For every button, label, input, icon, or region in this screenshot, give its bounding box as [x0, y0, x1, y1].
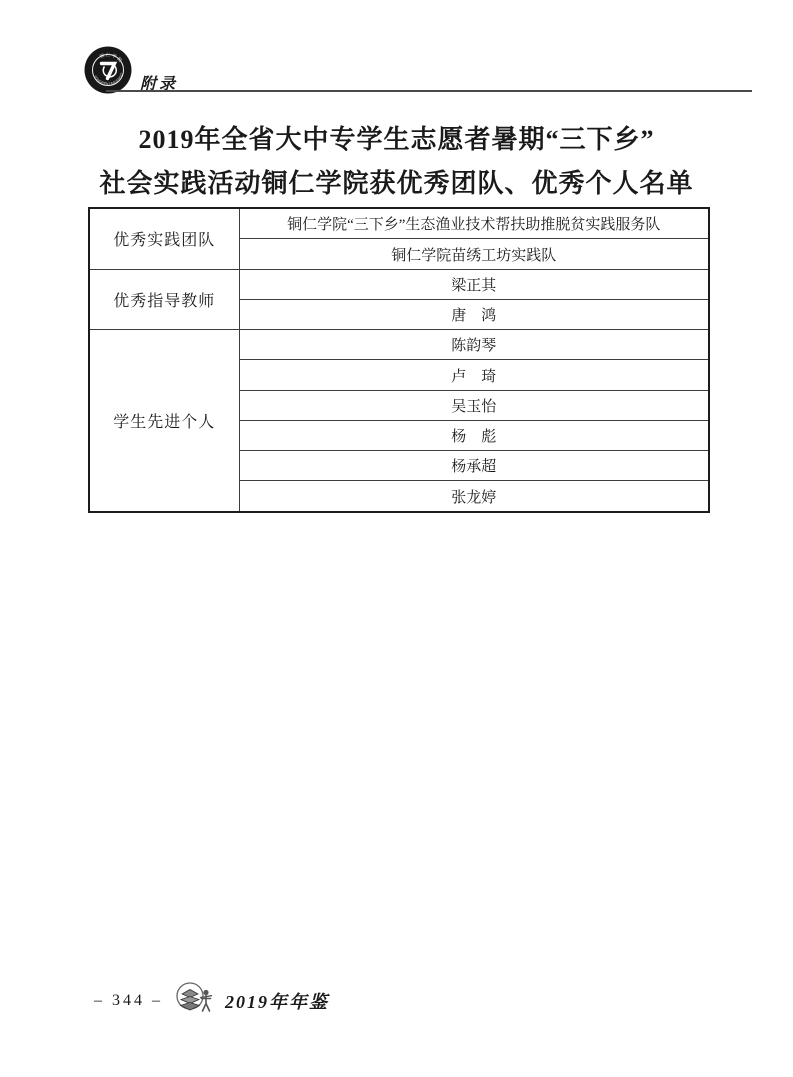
table-row: 优秀指导教师 梁正其: [89, 269, 709, 299]
page-number: – 344 –: [94, 992, 163, 1010]
yearbook-emblem-icon: [173, 980, 219, 1023]
item-cell: 张龙婷: [239, 481, 709, 512]
item-cell: 唐 鸿: [239, 299, 709, 329]
yearbook-label: 2019年年鉴: [225, 988, 329, 1014]
page-footer: – 344 – 2019年年鉴: [94, 980, 329, 1022]
category-cell: 学生先进个人: [89, 330, 239, 512]
item-cell: 陈韵琴: [239, 330, 709, 360]
emblem-svg: [173, 980, 219, 1018]
item-cell: 卢 琦: [239, 360, 709, 390]
document-page: 铜 仁 学 院 TONGREN UNIVERSITY 附录 2019年全省大中专…: [0, 0, 793, 1077]
item-cell: 梁正其: [239, 269, 709, 299]
page-title-line2: 社会实践活动铜仁学院获优秀团队、优秀个人名单: [99, 169, 693, 198]
seal-svg: 铜 仁 学 院 TONGREN UNIVERSITY: [84, 46, 132, 94]
tongren-university-seal-icon: 铜 仁 学 院 TONGREN UNIVERSITY: [84, 46, 132, 94]
item-cell: 吴玉怡: [239, 390, 709, 420]
page-title-line1: 2019年全省大中专学生志愿者暑期“三下乡”: [138, 125, 654, 154]
item-cell: 铜仁学院苗绣工坊实践队: [239, 239, 709, 269]
page-title: 2019年全省大中专学生志愿者暑期“三下乡” 社会实践活动铜仁学院获优秀团队、优…: [0, 118, 793, 206]
header-rule: [106, 90, 752, 92]
item-cell: 铜仁学院“三下乡”生态渔业技术帮扶助推脱贫实践服务队: [239, 208, 709, 239]
awards-table: 优秀实践团队 铜仁学院“三下乡”生态渔业技术帮扶助推脱贫实践服务队 铜仁学院苗绣…: [88, 207, 710, 513]
item-cell: 杨 彪: [239, 420, 709, 450]
table-row: 优秀实践团队 铜仁学院“三下乡”生态渔业技术帮扶助推脱贫实践服务队: [89, 208, 709, 239]
item-cell: 杨承超: [239, 451, 709, 481]
table-row: 学生先进个人 陈韵琴: [89, 330, 709, 360]
category-cell: 优秀指导教师: [89, 269, 239, 330]
category-cell: 优秀实践团队: [89, 208, 239, 269]
